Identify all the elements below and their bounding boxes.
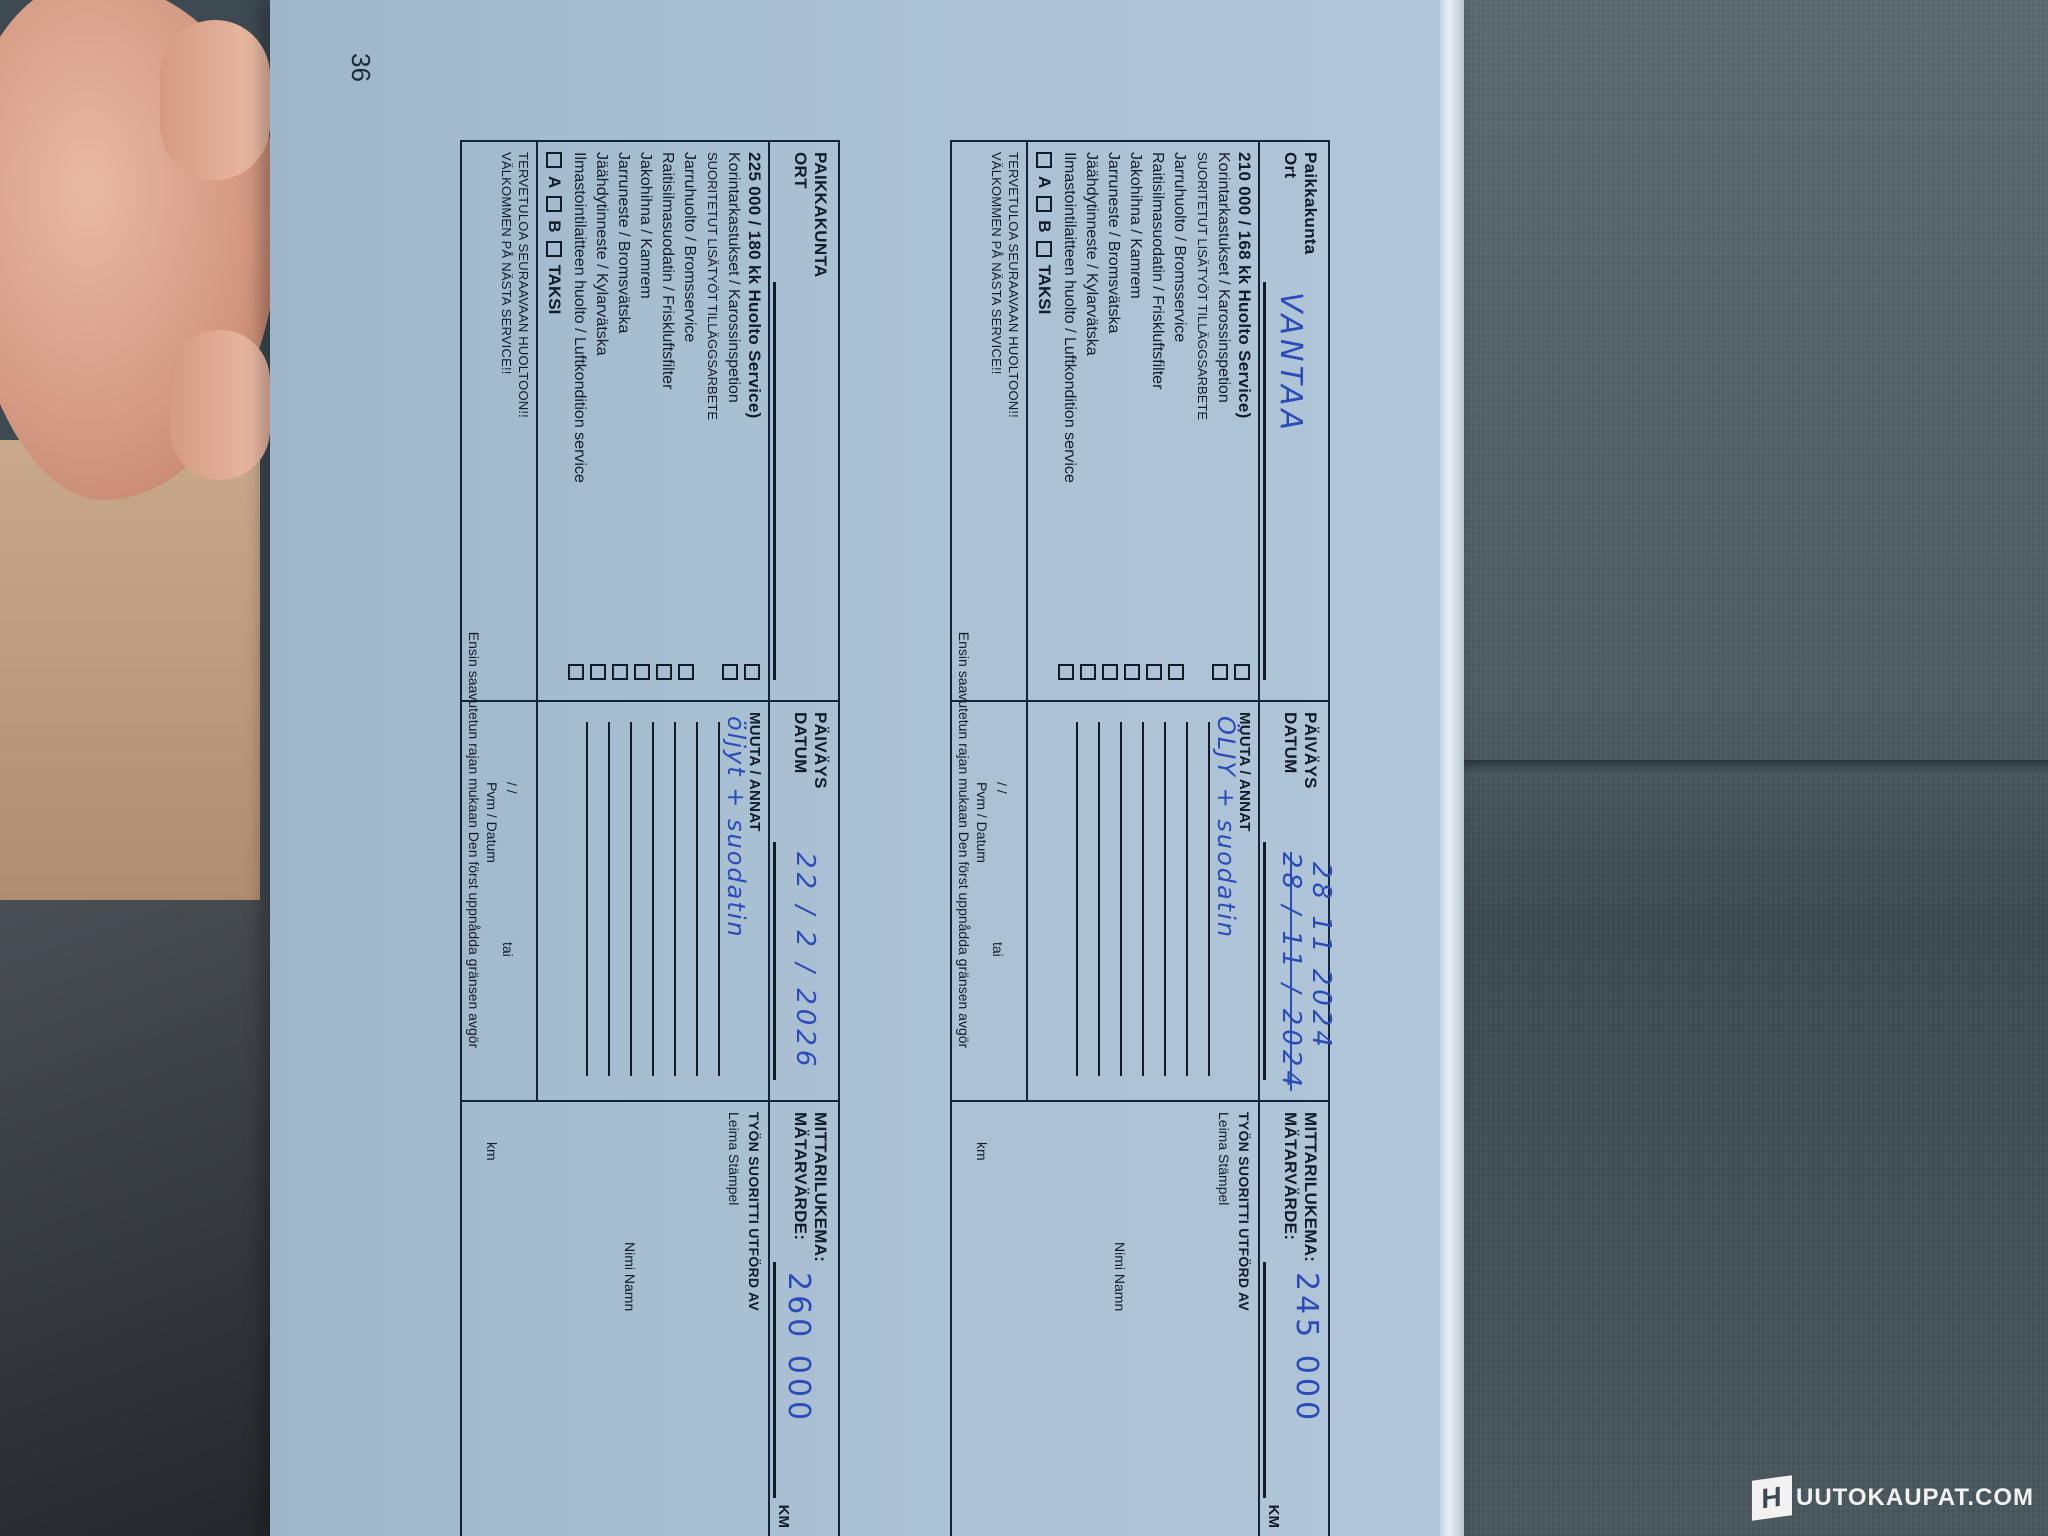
welcome-fi: Tervetuloa seuraavaan huoltoon!!: [515, 152, 532, 418]
date-underline: [1263, 842, 1266, 1080]
ground-background: [0, 440, 260, 900]
notes-line: [718, 722, 720, 1076]
notes-line: [630, 722, 632, 1076]
odometer-underline: [773, 1262, 776, 1498]
date-header: Päiväys Datum 22 / 2 / 2026: [768, 702, 838, 1100]
checkbox-category-taksi[interactable]: [546, 241, 562, 257]
page-edge: [1440, 0, 1464, 1536]
date-label-fi: Päiväys: [1300, 712, 1320, 789]
checkbox-coolant[interactable]: [1080, 664, 1096, 680]
notes-line: [1098, 722, 1100, 1076]
date-notes-column: Päiväys Datum 28 11 2024 28 / 11 / 2024 …: [952, 702, 1328, 1102]
odometer-label-sv: Mätarvärde:: [1280, 1112, 1300, 1240]
date-label-sv: Datum: [790, 712, 810, 774]
or-label: tai: [990, 942, 1006, 957]
item-coolant: Jäähdytinneste / Kylarvätska: [592, 152, 610, 356]
name-label: Nimi Namn: [1112, 1242, 1128, 1311]
odometer-label-fi: Mittarilukema:: [810, 1112, 830, 1262]
checkbox-coolant[interactable]: [590, 664, 606, 680]
item-brake-service: Jarruhuolto / Bromsservice: [680, 152, 698, 342]
odometer-label-sv: Mätarvärde:: [790, 1112, 810, 1240]
car-interior-background: [0, 900, 300, 1536]
date-label-fi: Päiväys: [810, 712, 830, 789]
welcome-fi: Tervetuloa seuraavaan huoltoon!!: [1005, 152, 1022, 418]
item-ac-service: Ilmastointilaitteen huolto / Luftkonditi…: [570, 152, 588, 483]
item-timing-belt: Jakohihna / Kamrem: [1126, 152, 1144, 299]
welcome-sv: Välkommen på nästa service!!: [498, 152, 515, 375]
divider: [536, 702, 538, 1100]
checkbox-category-a[interactable]: [1036, 152, 1052, 168]
date-notes-column: Päiväys Datum 22 / 2 / 2026 Muuta / Anna…: [462, 702, 838, 1102]
thumb: [160, 20, 270, 180]
checkbox-cabin-filter[interactable]: [1146, 664, 1162, 680]
item-brake-fluid: Jarruneste / Bromsvätska: [1104, 152, 1122, 333]
other-value[interactable]: ÖLJY + suodatin: [1212, 716, 1240, 939]
odometer-value[interactable]: 245 000: [1289, 1272, 1324, 1424]
category-b-label: B: [544, 220, 564, 232]
divider: [1026, 142, 1028, 700]
item-brake-fluid: Jarruneste / Bromsvätska: [614, 152, 632, 333]
service-checklist-column: Paikkakunta Ort 225 000 / 180 kk Huolto …: [462, 142, 838, 702]
checkbox-brake-fluid[interactable]: [612, 664, 628, 680]
service-entry-225000: Paikkakunta Ort 225 000 / 180 kk Huolto …: [460, 140, 840, 1536]
service-title: 225 000 / 180 kk Huolto Service): [744, 152, 764, 419]
date-value-corrected[interactable]: 28 11 2024: [1306, 862, 1336, 1051]
name-label: Nimi Namn: [622, 1242, 638, 1311]
category-taksi-label: TAKSI: [544, 265, 564, 315]
finger: [170, 330, 270, 480]
checkbox-service[interactable]: [1234, 664, 1250, 680]
place-label-fi: Paikkakunta: [810, 152, 830, 277]
next-date-label: Pvm / Datum: [484, 782, 500, 863]
odometer-column: Mittarilukema: Mätarvärde: 260 000 KM Ty…: [462, 1102, 838, 1536]
first-reached-note: Ensin saavutetun rajan mukaan Den först …: [466, 142, 482, 1536]
divider: [536, 142, 538, 700]
page-number: 36: [345, 53, 376, 82]
odometer-header: Mittarilukema: Mätarvärde: 245 000 KM: [1258, 1102, 1328, 1536]
odometer-label-fi: Mittarilukema:: [1300, 1112, 1320, 1262]
date-label-sv: Datum: [1280, 712, 1300, 774]
item-brake-service: Jarruhuolto / Bromsservice: [1170, 152, 1188, 342]
odometer-underline: [1263, 1262, 1266, 1498]
item-cabin-filter: Raitisilmasuodatin / Friskluftsfilter: [658, 152, 676, 389]
service-entry-210000: Paikkakunta Ort VANTAA 210 000 / 168 kk …: [950, 140, 1330, 1536]
item-additional-work: Suoritetut lisätyöt Tilläggsarbete: [1195, 152, 1210, 420]
date-value[interactable]: 22 / 2 / 2026: [790, 852, 820, 1070]
place-label-fi: Paikkakunta: [1300, 152, 1320, 255]
notes-line: [608, 722, 610, 1076]
place-label-sv: Ort: [790, 152, 810, 189]
notes-line: [696, 722, 698, 1076]
place-label-sv: Ort: [1280, 152, 1300, 178]
checkbox-brake-fluid[interactable]: [1102, 664, 1118, 680]
checkbox-category-taksi[interactable]: [1036, 241, 1052, 257]
service-record-document: Paikkakunta Ort VANTAA 210 000 / 168 kk …: [450, 140, 1330, 1536]
km-label: km: [974, 1142, 990, 1161]
stamp-label: Leima Stämpel: [726, 1112, 742, 1205]
date-separator: / /: [504, 782, 520, 794]
place-value[interactable]: VANTAA: [1273, 292, 1308, 434]
notes-line: [1208, 722, 1210, 1076]
watermark-text: UUTOKAUPAT.COM: [1796, 1484, 2034, 1512]
next-service-date-field[interactable]: / /: [994, 782, 1010, 794]
vehicle-category-options: A B TAKSI: [544, 152, 564, 314]
checkbox-timing-belt[interactable]: [1124, 664, 1140, 680]
huutokaupat-logo-icon: H: [1752, 1475, 1792, 1521]
notes-line: [1120, 722, 1122, 1076]
place-header: Paikkakunta Ort VANTAA: [1258, 142, 1328, 700]
date-value[interactable]: 28 / 11 / 2024: [1276, 852, 1306, 1091]
notes-line: [1186, 722, 1188, 1076]
or-label: tai: [500, 942, 516, 957]
notes-line: [1076, 722, 1078, 1076]
first-reached-note: Ensin saavutetun rajan mukaan Den först …: [956, 142, 972, 1536]
divider: [1026, 702, 1028, 1100]
checkbox-category-a[interactable]: [546, 152, 562, 168]
odometer-value[interactable]: 260 000: [781, 1272, 816, 1424]
notes-line: [1164, 722, 1166, 1076]
checkbox-cabin-filter[interactable]: [656, 664, 672, 680]
welcome-sv: Välkommen på nästa service!!: [988, 152, 1005, 375]
item-body-inspection: Korintarkastukset / Karossinspetion: [724, 152, 742, 403]
next-service-date-field[interactable]: / /: [504, 782, 520, 794]
category-b-label: B: [1034, 220, 1054, 232]
checkbox-brake-service[interactable]: [678, 664, 694, 680]
odometer-header: Mittarilukema: Mätarvärde: 260 000 KM: [768, 1102, 838, 1536]
stamp-label: Leima Stämpel: [1216, 1112, 1232, 1205]
notes-line: [586, 722, 588, 1076]
item-body-inspection: Korintarkastukset / Karossinspetion: [1214, 152, 1232, 403]
km-label: km: [484, 1142, 500, 1161]
odometer-unit: KM: [1265, 1505, 1282, 1528]
seat-seam: [1440, 760, 2048, 774]
date-header: Päiväys Datum 28 11 2024 28 / 11 / 2024: [1258, 702, 1328, 1100]
category-a-label: A: [544, 176, 564, 188]
odometer-unit: KM: [775, 1505, 792, 1528]
checkbox-body-inspection[interactable]: [722, 664, 738, 680]
notes-line: [652, 722, 654, 1076]
checkbox-category-b[interactable]: [1036, 196, 1052, 212]
next-date-label: Pvm / Datum: [974, 782, 990, 863]
item-additional-work: Suoritetut lisätyöt Tilläggsarbete: [705, 152, 720, 420]
checkbox-category-b[interactable]: [546, 196, 562, 212]
place-underline: [773, 282, 776, 680]
item-cabin-filter: Raitisilmasuodatin / Friskluftsfilter: [1148, 152, 1166, 389]
service-title: 210 000 / 168 kk Huolto Service): [1234, 152, 1254, 419]
service-checklist-column: Paikkakunta Ort VANTAA 210 000 / 168 kk …: [952, 142, 1328, 702]
performed-by-label: Työn suoritti Utförd av: [1234, 1112, 1254, 1311]
checkbox-ac-service[interactable]: [568, 664, 584, 680]
performed-by-label: Työn suoritti Utförd av: [744, 1112, 764, 1311]
date-separator: / /: [994, 782, 1010, 794]
category-taksi-label: TAKSI: [1034, 265, 1054, 315]
checkbox-service[interactable]: [744, 664, 760, 680]
notes-line: [674, 722, 676, 1076]
other-value[interactable]: öljyt + suodatin: [722, 716, 750, 939]
vehicle-category-options: A B TAKSI: [1034, 152, 1054, 314]
item-ac-service: Ilmastointilaitteen huolto / Luftkonditi…: [1060, 152, 1078, 483]
date-underline: [773, 842, 776, 1080]
checkbox-timing-belt[interactable]: [634, 664, 650, 680]
checkbox-ac-service[interactable]: [1058, 664, 1074, 680]
notes-line: [1142, 722, 1144, 1076]
place-header: Paikkakunta Ort: [768, 142, 838, 700]
category-a-label: A: [1034, 176, 1054, 188]
odometer-column: Mittarilukema: Mätarvärde: 245 000 KM Ty…: [952, 1102, 1328, 1536]
item-coolant: Jäähdytinneste / Kylarvätska: [1082, 152, 1100, 356]
checkbox-brake-service[interactable]: [1168, 664, 1184, 680]
checkbox-body-inspection[interactable]: [1212, 664, 1228, 680]
place-underline: [1263, 282, 1266, 680]
item-timing-belt: Jakohihna / Kamrem: [636, 152, 654, 299]
huutokaupat-watermark: H UUTOKAUPAT.COM: [1752, 1478, 2034, 1518]
